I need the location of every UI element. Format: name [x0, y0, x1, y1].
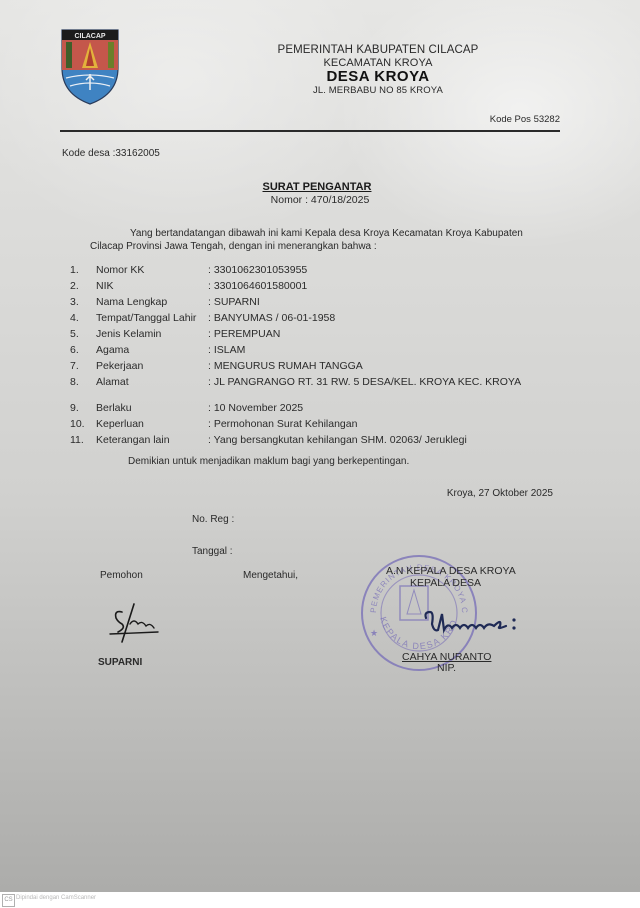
field-value: : ISLAM [208, 344, 245, 356]
village-code: Kode desa :33162005 [62, 148, 160, 159]
field-number: 7. [70, 360, 79, 372]
field-value: : MENGURUS RUMAH TANGGA [208, 360, 363, 372]
field-number: 8. [70, 376, 79, 388]
field-number: 10. [70, 418, 85, 430]
document-page: CILACAP PEMERINTAH KABUPATEN CILACAP KEC… [0, 0, 640, 892]
field-label: Alamat [96, 376, 129, 388]
field-row: 6.Agama: ISLAM [70, 344, 590, 358]
field-number: 3. [70, 296, 79, 308]
field-number: 2. [70, 280, 79, 292]
closing-statement: Demikian untuk menjadikan maklum bagi ya… [128, 456, 409, 467]
field-value: : 3301062301053955 [208, 264, 307, 276]
header-government-name: PEMERINTAH KABUPATEN CILACAP [198, 44, 558, 56]
cilacap-regency-emblem-icon: CILACAP [60, 28, 120, 106]
field-row: 10.Keperluan: Permohonan Surat Kehilanga… [70, 418, 590, 432]
applicant-label: Pemohon [100, 570, 143, 581]
field-label: NIK [96, 280, 114, 292]
header-address: JL. MERBABU NO 85 KROYA [198, 85, 558, 96]
applicant-signature-icon [108, 600, 168, 650]
svg-text:CILACAP: CILACAP [74, 33, 105, 40]
field-value: : SUPARNI [208, 296, 260, 308]
field-number: 9. [70, 402, 79, 414]
field-row: 9.Berlaku: 10 November 2025 [70, 402, 590, 416]
registration-number: No. Reg : [192, 514, 234, 525]
document-number: Nomor : 470/18/2025 [0, 194, 640, 206]
official-title-line-2: KEPALA DESA [410, 577, 481, 589]
applicant-name: SUPARNI [98, 657, 142, 668]
field-number: 5. [70, 328, 79, 340]
place-and-date: Kroya, 27 Oktober 2025 [447, 488, 553, 499]
header-village-name: DESA KROYA [198, 68, 558, 85]
field-value: : Permohonan Surat Kehilangan [208, 418, 357, 430]
registration-date: Tanggal : [192, 546, 233, 557]
field-row: 4.Tempat/Tanggal Lahir: BANYUMAS / 06-01… [70, 312, 590, 326]
field-label: Nama Lengkap [96, 296, 167, 308]
camscanner-logo-icon: CS [2, 894, 15, 907]
scanner-watermark-text: Dipindai dengan CamScanner [16, 895, 96, 901]
field-row: 8.Alamat: JL PANGRANGO RT. 31 RW. 5 DESA… [70, 376, 590, 390]
field-value: : PEREMPUAN [208, 328, 280, 340]
acknowledged-label: Mengetahui, [243, 570, 298, 581]
field-number: 4. [70, 312, 79, 324]
scanner-watermark: CS Dipindai dengan CamScanner [0, 892, 640, 908]
field-value: : Yang bersangkutan kehilangan SHM. 0206… [208, 434, 467, 446]
field-value: : BANYUMAS / 06-01-1958 [208, 312, 335, 324]
field-label: Tempat/Tanggal Lahir [96, 312, 196, 324]
document-title: SURAT PENGANTAR [0, 181, 640, 193]
postal-code: Kode Pos 53282 [490, 114, 560, 125]
field-row: 3.Nama Lengkap: SUPARNI [70, 296, 590, 310]
official-nip: NIP. [437, 662, 456, 674]
intro-line-2: Cilacap Provinsi Jawa Tengah, dengan ini… [90, 241, 377, 252]
field-number: 6. [70, 344, 79, 356]
svg-text:★: ★ [370, 628, 378, 638]
field-label: Nomor KK [96, 264, 144, 276]
field-value: : 10 November 2025 [208, 402, 303, 414]
field-value: : 3301064601580001 [208, 280, 307, 292]
field-row: 11.Keterangan lain: Yang bersangkutan ke… [70, 434, 590, 448]
field-label: Agama [96, 344, 129, 356]
field-label: Keterangan lain [96, 434, 170, 446]
field-row: 5.Jenis Kelamin: PEREMPUAN [70, 328, 590, 342]
official-title-line-1: A.N KEPALA DESA KROYA [386, 565, 516, 577]
intro-line-1: Yang bertandatangan dibawah ini kami Kep… [130, 228, 523, 239]
field-label: Pekerjaan [96, 360, 143, 372]
field-value: : JL PANGRANGO RT. 31 RW. 5 DESA/KEL. KR… [208, 376, 521, 388]
field-number: 1. [70, 264, 79, 276]
field-label: Berlaku [96, 402, 132, 414]
field-number: 11. [70, 434, 84, 446]
field-row: 7.Pekerjaan: MENGURUS RUMAH TANGGA [70, 360, 590, 374]
header-divider [60, 130, 560, 132]
field-row: 1.Nomor KK: 3301062301053955 [70, 264, 590, 278]
field-row: 2.NIK: 3301064601580001 [70, 280, 590, 294]
official-signature-icon [422, 604, 532, 640]
field-label: Jenis Kelamin [96, 328, 161, 340]
field-label: Keperluan [96, 418, 144, 430]
